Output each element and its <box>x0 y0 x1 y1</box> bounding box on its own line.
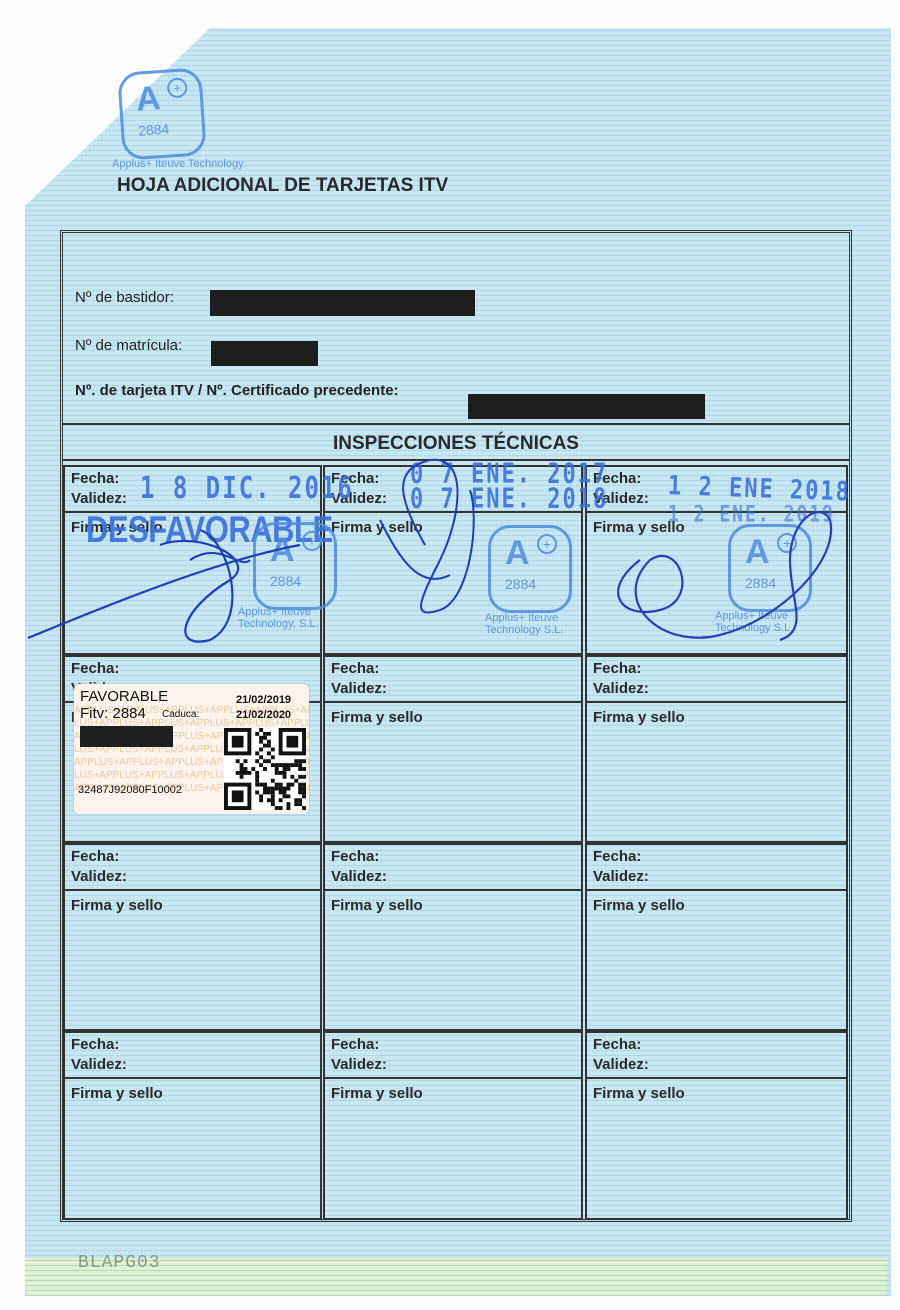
firma-label: Firma y sello <box>593 1085 685 1102</box>
tarjeta-label: Nº. de tarjeta ITV / Nº. Certificado pre… <box>75 382 399 399</box>
fecha-label: Fecha: <box>593 848 641 865</box>
plus-circle-icon: + <box>777 533 797 553</box>
plus-circle-icon: + <box>167 77 188 98</box>
qr-code-icon <box>224 728 306 810</box>
bastidor-label: Nº de bastidor: <box>75 289 174 306</box>
firma-label: Firma y sello <box>593 897 685 914</box>
fecha-label: Fecha: <box>71 660 119 677</box>
sticker-plate-redacted <box>80 726 173 747</box>
validez-label: Validez: <box>593 868 649 885</box>
inspection-cell: Fecha:Validez:Firma y sello <box>585 843 848 1031</box>
validez-label: Validez: <box>71 868 127 885</box>
sticker-expiry-date: 21/02/2020 <box>236 709 291 721</box>
section-title: INSPECCIONES TÉCNICAS <box>63 423 849 461</box>
validez-label: Validez: <box>331 1056 387 1073</box>
firma-label: Firma y sello <box>331 709 423 726</box>
page-title: HOJA ADICIONAL DE TARJETAS ITV <box>117 175 448 197</box>
seal-number: 2884 <box>138 121 170 139</box>
validez-label: Validez: <box>593 1056 649 1073</box>
plus-circle-icon: + <box>302 531 322 551</box>
inspection-2-seal: A+ 2884 <box>488 525 572 613</box>
validez-label: Validez: <box>331 680 387 697</box>
firma-label: Firma y sello <box>71 897 163 914</box>
sticker-inspection-date: 21/02/2019 <box>236 694 291 706</box>
sticker-caduca-label: Caduca: <box>162 709 199 720</box>
fecha-label: Fecha: <box>71 1036 119 1053</box>
applus-logo-icon: A <box>135 79 162 120</box>
sticker-fitv: Fitv: 2884 <box>80 705 146 722</box>
inspection-3-seal-company: Applus+ Iteuve Technology S.L. <box>715 610 815 634</box>
tarjeta-value-redacted <box>468 394 705 419</box>
fecha-label: Fecha: <box>593 660 641 677</box>
inspection-3-seal: A+ 2884 <box>728 524 812 612</box>
validez-label: Validez: <box>331 868 387 885</box>
inspection-1-seal: A+ 2884 <box>253 522 337 610</box>
inspection-cell: Fecha:Validez:Firma y sello <box>323 655 583 843</box>
inspection-2-validez-stamp: 0 7 ENE. 2018 <box>410 484 608 515</box>
inspection-cell: Fecha:Validez:Firma y sello <box>323 1031 583 1220</box>
seal-number: 2884 <box>270 573 301 589</box>
matricula-label: Nº de matrícula: <box>75 337 182 354</box>
inspection-cell: Fecha:Validez:Firma y sello <box>63 843 322 1031</box>
applus-logo-icon: A <box>270 531 295 570</box>
applus-logo-icon: A <box>745 533 770 572</box>
seal-number: 2884 <box>505 576 536 592</box>
plus-circle-icon: + <box>537 534 557 554</box>
firma-label: Firma y sello <box>331 897 423 914</box>
firma-label: Firma y sello <box>593 709 685 726</box>
vehicle-info: Nº de bastidor: Nº de matrícula: Nº. de … <box>63 233 849 420</box>
validez-label: Validez: <box>71 1056 127 1073</box>
bastidor-value-redacted <box>210 290 475 316</box>
fecha-label: Fecha: <box>593 1036 641 1053</box>
inspection-2-seal-company: Applus+ Iteuve Technology S.L. <box>485 612 585 636</box>
favorable-sticker: APPLUS+APPLUS+APPLUS+APPLUS+APPLUS+APPLU… <box>74 684 309 814</box>
matricula-value-redacted <box>211 341 318 366</box>
inspection-cell: Fecha:Validez:Firma y sello <box>323 843 583 1031</box>
validez-label: Validez: <box>71 490 127 507</box>
seal-number: 2884 <box>745 575 776 591</box>
inspection-cell: Fecha:Validez:Firma y sello <box>585 655 848 843</box>
inspection-cell: Fecha:Validez:Firma y sello <box>63 1031 322 1220</box>
fecha-label: Fecha: <box>331 660 379 677</box>
fecha-label: Fecha: <box>71 848 119 865</box>
firma-label: Firma y sello <box>71 1085 163 1102</box>
sticker-result: FAVORABLE <box>80 688 168 705</box>
inspection-cell: Fecha:Validez:Firma y sello <box>585 1031 848 1220</box>
sticker-serial: 32487J92080F10002 <box>78 784 182 796</box>
header-seal-stamp: A + 2884 <box>117 67 207 161</box>
fecha-label: Fecha: <box>331 1036 379 1053</box>
firma-label: Firma y sello <box>331 519 423 536</box>
fecha-label: Fecha: <box>331 848 379 865</box>
inspection-1-fecha-stamp: 1 8 DIC. 2016 <box>140 471 354 506</box>
firma-label: Firma y sello <box>331 1085 423 1102</box>
fecha-label: Fecha: <box>71 470 119 487</box>
form-code: BLAPG03 <box>78 1253 161 1273</box>
header-seal-company: Applus+ Iteuve Technology <box>112 158 244 170</box>
inspection-1-seal-company: Applus+ Iteuve Technology, S.L. <box>238 606 358 630</box>
applus-logo-icon: A <box>505 534 530 573</box>
validez-label: Validez: <box>593 680 649 697</box>
